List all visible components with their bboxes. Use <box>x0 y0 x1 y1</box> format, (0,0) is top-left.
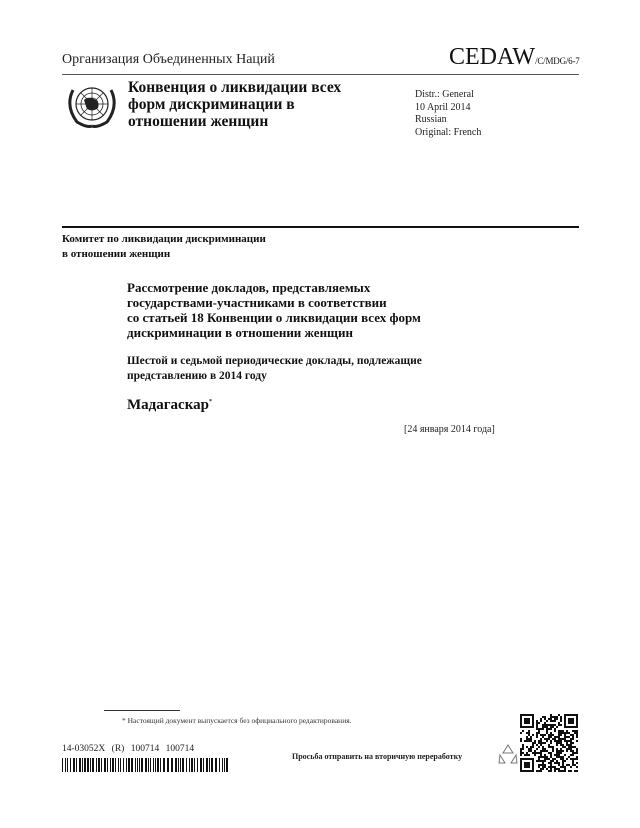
symbol-suffix: /C/MDG/6-7 <box>535 56 580 66</box>
issue-date: 10 April 2014 <box>415 102 481 115</box>
convention-title-line: отношении женщин <box>128 113 408 130</box>
section-rule <box>62 226 579 228</box>
received-date: [24 января 2014 года] <box>404 424 495 435</box>
heading-line: Рассмотрение докладов, представляемых <box>127 280 487 295</box>
recycle-icon <box>496 742 520 766</box>
organization-name: Организация Объединенных Наций <box>62 52 275 68</box>
footnote-rule <box>104 710 180 711</box>
un-emblem-icon <box>63 80 121 130</box>
convention-title: Конвенция о ликвидации всех форм дискрим… <box>128 79 408 130</box>
distribution-type: Distr.: General <box>415 89 481 102</box>
reports-subheading: Шестой и седьмой периодические доклады, … <box>127 354 517 383</box>
heading-line: со статьей 18 Конвенции о ликвидации все… <box>127 310 487 325</box>
original-language: Original: French <box>415 127 481 140</box>
qr-code-icon <box>520 714 578 772</box>
committee-line: Комитет по ликвидации дискриминации <box>62 232 266 247</box>
heading-line: государствами-участниками в соответствии <box>127 295 487 310</box>
subheading-line: представлению в 2014 году <box>127 369 517 384</box>
committee-line: в отношении женщин <box>62 247 266 262</box>
committee-name: Комитет по ликвидации дискриминации в от… <box>62 232 266 262</box>
heading-line: дискриминации в отношении женщин <box>127 325 487 340</box>
symbol-main: CEDAW <box>449 44 535 70</box>
consideration-heading: Рассмотрение докладов, представляемых го… <box>127 280 487 340</box>
subheading-line: Шестой и седьмой периодические доклады, … <box>127 354 517 369</box>
country-name: Мадагаскар* <box>127 397 212 414</box>
header-rule <box>62 74 579 75</box>
barcode-icon <box>62 758 230 772</box>
convention-title-line: форм дискриминации в <box>128 96 408 113</box>
distribution-block: Distr.: General 10 April 2014 Russian Or… <box>415 89 481 139</box>
document-symbol: CEDAW/C/MDG/6-7 <box>449 44 580 71</box>
footnote: * Настоящий документ выпускается без офи… <box>122 716 352 725</box>
recycle-text: Просьба отправить на вторичную переработ… <box>292 752 462 761</box>
footnote-marker[interactable]: * <box>209 399 212 405</box>
language: Russian <box>415 114 481 127</box>
country-text: Мадагаскар <box>127 397 209 413</box>
job-number: 14-03052X (R) 100714 100714 <box>62 744 194 754</box>
convention-title-line: Конвенция о ликвидации всех <box>128 79 408 96</box>
